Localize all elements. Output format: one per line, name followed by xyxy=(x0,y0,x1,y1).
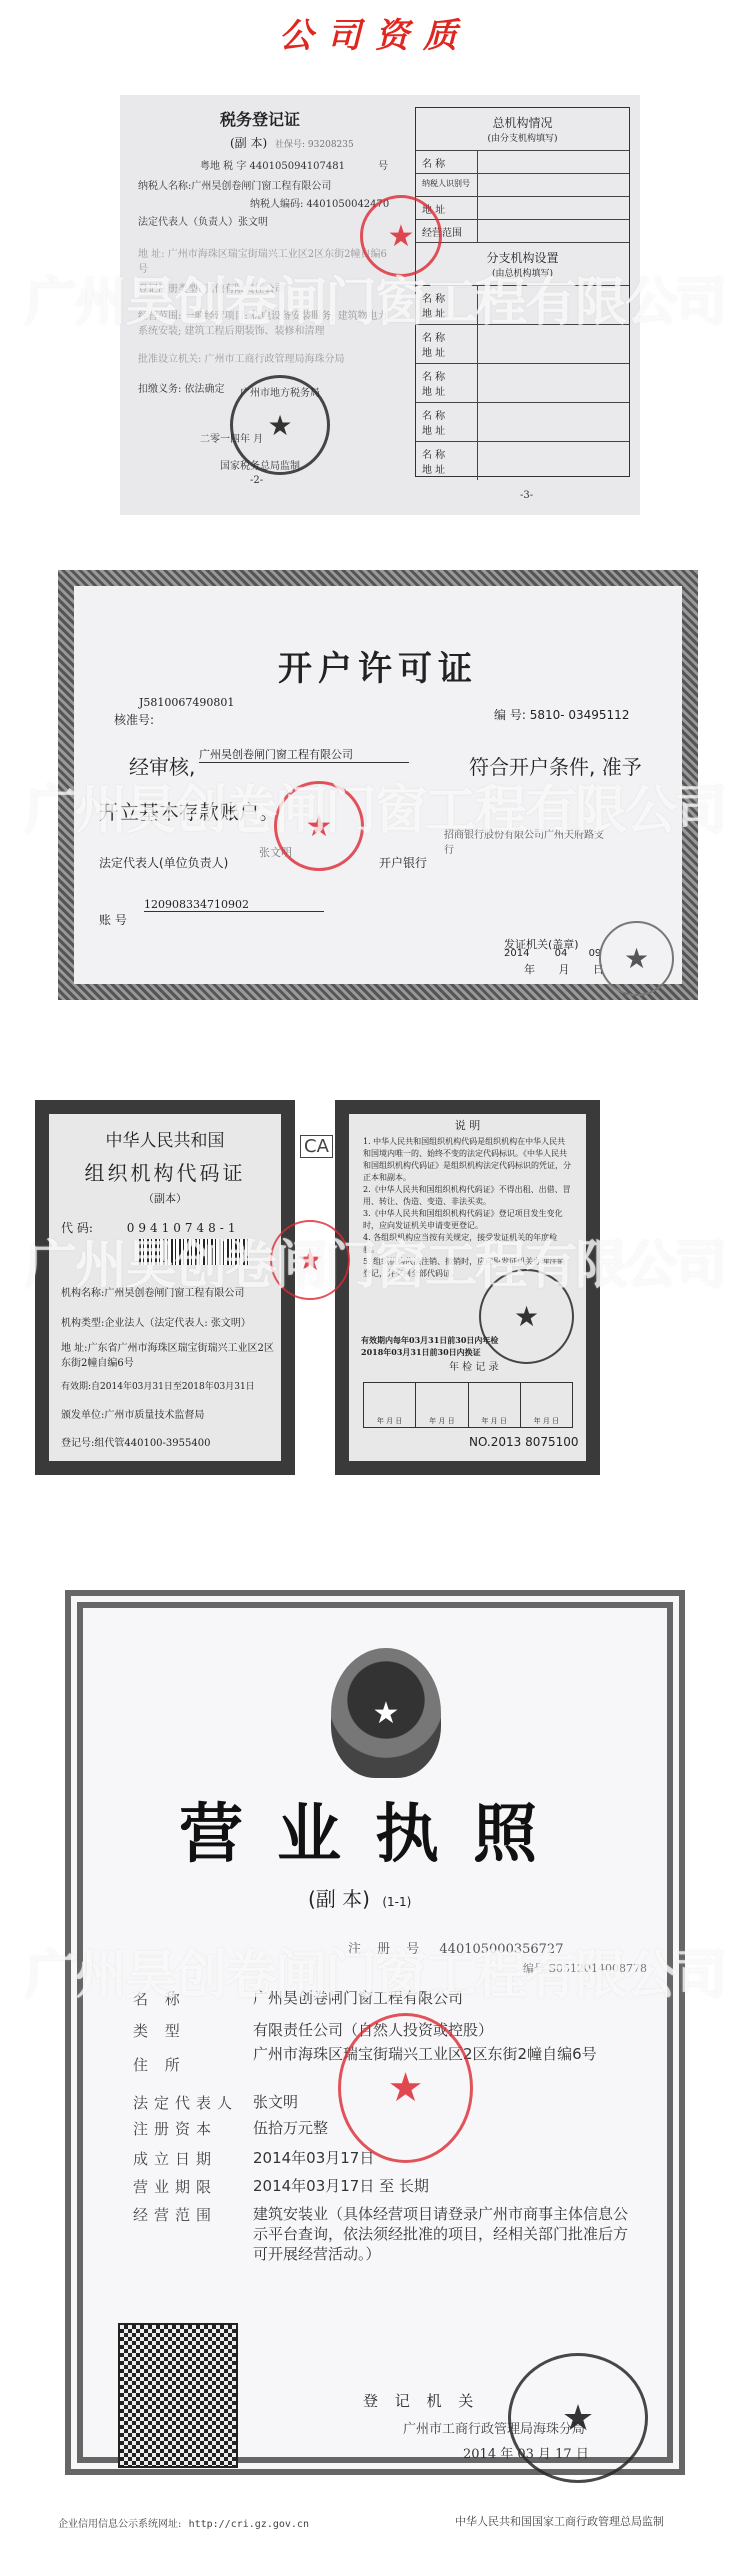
barcode xyxy=(139,1239,249,1265)
license-copy-no: (1-1) xyxy=(382,1895,411,1909)
org-validity: 自2014年03月31日至2018年03月31日 xyxy=(91,1382,255,1392)
org-subtitle: （副本） xyxy=(63,1190,267,1206)
ca-label: CA xyxy=(300,1135,333,1158)
social-security-no: 社保号: 93208235 xyxy=(275,140,354,150)
qr-code[interactable] xyxy=(118,2323,238,2468)
bank-stamp: ★ xyxy=(599,921,674,996)
company-stamp-red: ★ xyxy=(270,1220,350,1300)
org-name: 广州昊创卷闸门窗工程有限公司 xyxy=(104,1288,244,1299)
account-no: 120908334710902 xyxy=(144,898,324,912)
reviewed-prefix: 经审核, xyxy=(129,751,195,780)
reviewed-suffix: 符合开户条件, 准予 xyxy=(469,751,642,780)
org-code-certificate-front: 中华人民共和国 组织机构代码证 （副本） 代 码: 09410748-1 机构名… xyxy=(35,1100,295,1475)
inspect-note-2: 2018年03月31日前30日内换证 xyxy=(361,1346,481,1358)
star-icon: ★ xyxy=(624,942,649,975)
license-reg-no: 440105000356727 xyxy=(439,1942,563,1957)
tax-no-label: 粤地 税 字 xyxy=(200,161,246,172)
tax-page-right: -3- xyxy=(520,490,533,501)
account-label: 账 号 xyxy=(99,911,127,928)
star-icon: ★ xyxy=(297,1243,324,1278)
bank-label: 开户银行 xyxy=(379,854,427,871)
note-item: 2.《中华人民共和国组织机构代码证》不得出租、出借、冒用、转让、伪造、变造、非法… xyxy=(363,1184,572,1208)
tax-withholding: 扣缴义务: 依法确定 xyxy=(138,380,225,395)
emblem-icon: ★ xyxy=(514,1311,539,1323)
quality-bureau-stamp: ★ xyxy=(479,1269,574,1364)
license-serial: S0512014008778 xyxy=(549,1962,648,1975)
tax-registration-certificate: 税务登记证 (副 本) 社保号: 93208235 粤地 税 字 4401050… xyxy=(120,95,640,515)
org-code-certificate-back: 说 明 1. 中华人民共和国组织机构代码是组织机构在中华人民共和国境内唯一的、始… xyxy=(335,1100,600,1475)
star-icon: ★ xyxy=(388,2065,424,2111)
branch-table-heading: 分支机构设置 xyxy=(416,249,629,266)
taxpayer-name-label: 纳税人名称: xyxy=(138,181,191,192)
tax-reg-type: 登记注册类型: 其他有限责任公司 xyxy=(138,280,285,295)
tax-cert-title: 税务登记证 xyxy=(120,107,400,130)
inspection-grid: 年 月 日 年 月 日 年 月 日 年 月 日 xyxy=(363,1382,573,1428)
note-item: 1. 中华人民共和国组织机构代码是组织机构在中华人民共和国境内唯一的、始终不变的… xyxy=(363,1136,572,1184)
org-cert-no: NO.2013 8075100 xyxy=(469,1436,579,1448)
tax-address: 地 址: 广州市海珠区瑞宝街瑞兴工业区2区东街2幢自编6号 xyxy=(138,245,388,275)
branch-table-row: 名 称地 址 xyxy=(416,403,629,442)
tax-cert-left-page: 税务登记证 (副 本) 社保号: 93208235 粤地 税 字 4401050… xyxy=(120,95,400,515)
license-subtitle: (副 本) xyxy=(308,1887,370,1911)
permit-title: 开户许可证 xyxy=(74,641,682,690)
hq-branch-table: 总机构情况 (由分支机构填写) 名 称 纳税人识别号 地 址 经营范围 分支机构… xyxy=(415,107,630,477)
branch-table-row: 名 称地 址 xyxy=(416,325,629,364)
org-reg-no: 组代管440100-3955400 xyxy=(94,1438,210,1449)
tax-legal-rep: 法定代表人（负责人）张文明 xyxy=(138,213,268,228)
tax-bureau-stamp: ★ 广州市地方税务局 xyxy=(230,375,330,475)
authority-stamp: ★ xyxy=(508,2353,648,2483)
national-emblem-icon: ★ xyxy=(331,1648,441,1778)
approval-no: J5810067490801 xyxy=(139,696,234,709)
tax-page-left: -2- xyxy=(250,475,263,486)
license-field: 经营范围建筑安装业（具体经营项目请登录广州市商事主体信息公示平台查询，依法须经批… xyxy=(133,2204,633,2264)
inspection-title: 年 检 记 录 xyxy=(449,1362,499,1374)
footer-site-label: 企业信用信息公示系统网址: xyxy=(58,2519,181,2530)
taxpayer-name: 广州昊创卷闸门窗工程有限公司 xyxy=(191,181,331,192)
inspect-note-1: 有效期内每年03月31日前30日内年检 xyxy=(361,1334,498,1346)
license-title: 营业执照 xyxy=(83,1783,667,1875)
license-field: 名 称广州昊创卷闸门窗工程有限公司 xyxy=(133,1988,633,2009)
org-title-line2: 组织机构代码证 xyxy=(63,1157,267,1186)
approval-label: 核准号: xyxy=(114,713,154,727)
hq-table-row: 名 称 xyxy=(416,151,629,174)
company-stamp-red: ★ xyxy=(338,2013,473,2163)
note-item: 3.《中华人民共和国组织机构代码证》登记项目发生变化时，应向发证机关申请变更登记… xyxy=(363,1208,572,1232)
star-icon: ★ xyxy=(388,219,415,254)
hq-table-heading: 总机构情况 xyxy=(416,114,629,131)
org-address: 广东省广州市海珠区瑞宝街瑞兴工业区2区东街2幢自编6号 xyxy=(61,1343,274,1369)
bank-name: 招商银行股份有限公司广州天府路支行 xyxy=(444,826,604,856)
company-stamp-red: ★ xyxy=(274,781,364,871)
tax-approval-authority: 批准设立机关: 广州市工商行政管理局海珠分局 xyxy=(138,350,345,365)
tax-cert-subtitle: (副 本) xyxy=(230,136,267,150)
branch-table-row: 名 称地 址 xyxy=(416,364,629,403)
account-opening-permit: 开户许可证 核准号: J5810067490801 编 号: 5810- 034… xyxy=(58,570,698,1000)
permit-company: 广州昊创卷闸门窗工程有限公司 xyxy=(199,746,409,763)
hq-table-row: 纳税人识别号 xyxy=(416,174,629,197)
tax-business-scope: 经营范围: 一般经营项目: 机电设备安装服务; 建筑物电力系统安装; 建筑工程后… xyxy=(138,307,388,337)
authority-label: 登 记 机 关 xyxy=(363,2390,479,2411)
company-stamp-red: ★ xyxy=(360,195,442,277)
org-code: 09410748-1 xyxy=(127,1221,240,1235)
tax-no: 440105094107481 xyxy=(250,161,345,172)
org-title-line1: 中华人民共和国 xyxy=(63,1126,267,1151)
footer-supervisor: 中华人民共和国国家工商行政管理总局监制 xyxy=(455,2513,664,2529)
notes-title: 说 明 xyxy=(363,1120,572,1132)
star-icon: ★ xyxy=(306,809,333,844)
open-line: 开立基本存款账户。 xyxy=(99,796,279,825)
org-issuer: 广州市质量技术监督局 xyxy=(104,1410,204,1421)
serial-no: 5810- 03495112 xyxy=(530,708,630,722)
hq-table-row: 地 址 xyxy=(416,197,629,220)
hq-table-row: 经营范围 xyxy=(416,220,629,243)
star-icon: ★ xyxy=(267,409,292,442)
page-title: 公司资质 xyxy=(0,8,750,57)
footer-site-link[interactable]: http://cri.gz.gov.cn xyxy=(189,2519,309,2530)
note-item: 4. 各组织机构应当按有关规定，接受发证机关的年度检验。 xyxy=(363,1232,572,1256)
business-license: ★ 营业执照 (副 本) (1-1) 注 册 号 440105000356727… xyxy=(65,1590,685,2475)
branch-table-row: 名 称地 址 xyxy=(416,286,629,325)
org-type: 企业法人（法定代表人: 张文明） xyxy=(104,1318,251,1329)
license-field: 营业期限2014年03月17日 至 长期 xyxy=(133,2176,633,2197)
permit-legal-rep-label: 法定代表人(单位负责人) xyxy=(99,854,228,871)
branch-table-row: 名 称地 址 xyxy=(416,442,629,480)
serial-label: 编 号: xyxy=(494,708,526,722)
star-icon: ★ xyxy=(562,2398,594,2439)
taxpayer-code: 纳税人编码: 4401050042470 xyxy=(250,195,389,210)
